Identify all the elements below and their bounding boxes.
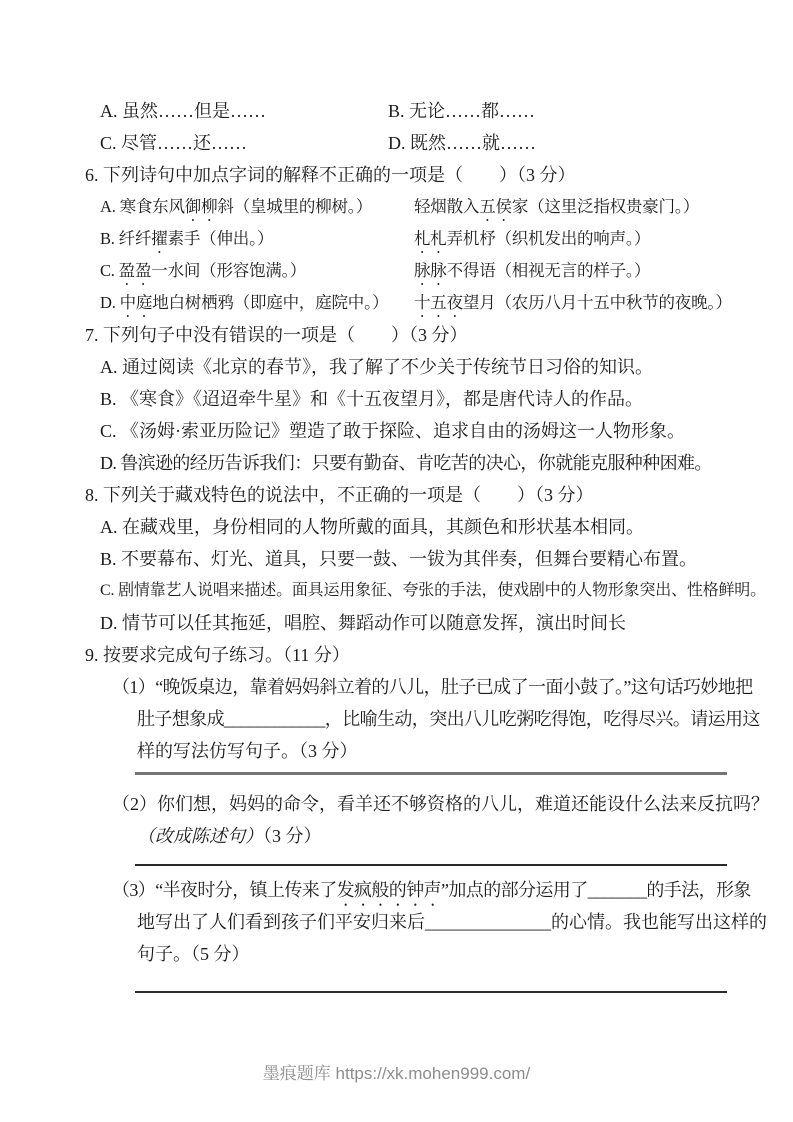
q7-option-c: C. 《汤姆·索亚历险记》塑造了敢于探险、追求自由的汤姆这一人物形象。 bbox=[100, 415, 793, 447]
q6-option-b: B. 纤纤擢素手（伸出。） bbox=[100, 229, 273, 248]
q5-options-row-1: A. 虽然……但是…… B. 无论……都…… bbox=[0, 95, 793, 127]
q9-sub2-line2: （改成陈述句）（3 分） bbox=[137, 820, 793, 852]
q6-option-d: D. 中庭地白树栖鸦（即庭中，庭院中。） bbox=[100, 293, 388, 312]
q7-title: 7. 下列句子中没有错误的一项是（ ）（3 分） bbox=[85, 319, 793, 351]
q8-option-d: D. 情节可以任其拖延，唱腔、舞蹈动作可以随意发挥，演出时间长 bbox=[100, 607, 793, 639]
q6-row-d: D. 中庭地白树栖鸦（即庭中，庭院中。） 十五夜望月（农历八月十五中秋节的夜晚。… bbox=[0, 287, 793, 319]
q6-row-a: A. 寒食东风御柳斜（皇城里的柳树。） 轻烟散入五侯家（这里泛指权贵豪门。） bbox=[0, 191, 793, 223]
q6-row-b: B. 纤纤擢素手（伸出。） 札札弄机杼（织机发出的响声。） bbox=[0, 223, 793, 255]
q9-sub3-line3: 句子。（5 分） bbox=[137, 938, 793, 970]
q6-title: 6. 下列诗句中加点字词的解释不正确的一项是（ ）（3 分） bbox=[85, 159, 793, 191]
q6-option-c: C. 盈盈一水间（形容饱满。） bbox=[100, 261, 306, 280]
q9-sub3-line2: 地写出了人们看到孩子们平安归来后______________的心情。我也能写出这… bbox=[137, 906, 793, 938]
q6-gloss-c: 脉脉不得语（相视无言的样子。） bbox=[414, 255, 650, 289]
q5-options-row-2: C. 尽管……还…… D. 既然……就…… bbox=[0, 127, 793, 159]
q6-row-c: C. 盈盈一水间（形容饱满。） 脉脉不得语（相视无言的样子。） bbox=[0, 255, 793, 287]
q5-option-a: A. 虽然……但是…… bbox=[100, 101, 266, 121]
answer-line-2 bbox=[135, 864, 727, 866]
answer-line-1 bbox=[135, 772, 727, 775]
footer-watermark: 墨痕题库 https://xk.mohen999.com/ bbox=[0, 1062, 793, 1086]
q5-option-d: D. 既然……就…… bbox=[388, 127, 536, 159]
exam-page: A. 虽然……但是…… B. 无论……都…… C. 尽管……还…… D. 既然…… bbox=[0, 0, 793, 1122]
q9-sub2-line1: （2）你们想，妈妈的命令，看羊还不够资格的八儿，难道还能设什么法来反抗吗？ bbox=[112, 788, 793, 820]
q7-option-a: A. 通过阅读《北京的春节》，我了解了不少关于传统节日习俗的知识。 bbox=[100, 351, 793, 383]
q9-sub1-line2: 肚子想象成____________，比喻生动，突出八儿吃粥吃得饱，吃得尽兴。请运… bbox=[137, 703, 793, 735]
answer-line-3 bbox=[135, 991, 727, 993]
q6-gloss-d: 十五夜望月（农历八月十五中秋节的夜晚。） bbox=[414, 287, 732, 321]
q8-title: 8. 下列关于藏戏特色的说法中，不正确的一项是（ ）（3 分） bbox=[85, 479, 793, 511]
q8-option-a: A. 在藏戏里，身份相同的人物所戴的面具，其颜色和形状基本相同。 bbox=[100, 511, 793, 543]
q8-option-b: B. 不要幕布、灯光、道具，只要一鼓、一钹为其伴奏，但舞台要精心布置。 bbox=[100, 543, 793, 575]
q9-sub1-line1: （1）“晚饭桌边，靠着妈妈斜立着的八儿，肚子已成了一面小鼓了。”这句话巧妙地把 bbox=[112, 671, 793, 703]
q9-title: 9. 按要求完成句子练习。（11 分） bbox=[85, 639, 793, 671]
q6-option-a: A. 寒食东风御柳斜（皇城里的柳树。） bbox=[100, 197, 372, 216]
q6-gloss-a: 轻烟散入五侯家（这里泛指权贵豪门。） bbox=[414, 191, 699, 225]
q9-sub3-line1: （3）“半夜时分，镇上传来了发疯般的钟声”加点的部分运用了_______的手法，… bbox=[112, 874, 793, 906]
q7-option-b: B. 《寒食》《迢迢牵牛星》和《十五夜望月》，都是唐代诗人的作品。 bbox=[100, 383, 793, 415]
q7-option-d: D. 鲁滨逊的经历告诉我们：只要有勤奋、肯吃苦的决心，你就能克服种种困难。 bbox=[100, 447, 793, 479]
q5-option-b: B. 无论……都…… bbox=[388, 95, 535, 127]
q8-option-c: C. 剧情靠艺人说唱来描述。面具运用象征、夸张的手法，使戏剧中的人物形象突出、性… bbox=[100, 575, 793, 607]
q5-option-c: C. 尽管……还…… bbox=[100, 133, 247, 153]
q9-sub1-line3: 样的写法仿写句子。（3 分） bbox=[137, 735, 793, 767]
q6-gloss-b: 札札弄机杼（织机发出的响声。） bbox=[414, 223, 650, 257]
